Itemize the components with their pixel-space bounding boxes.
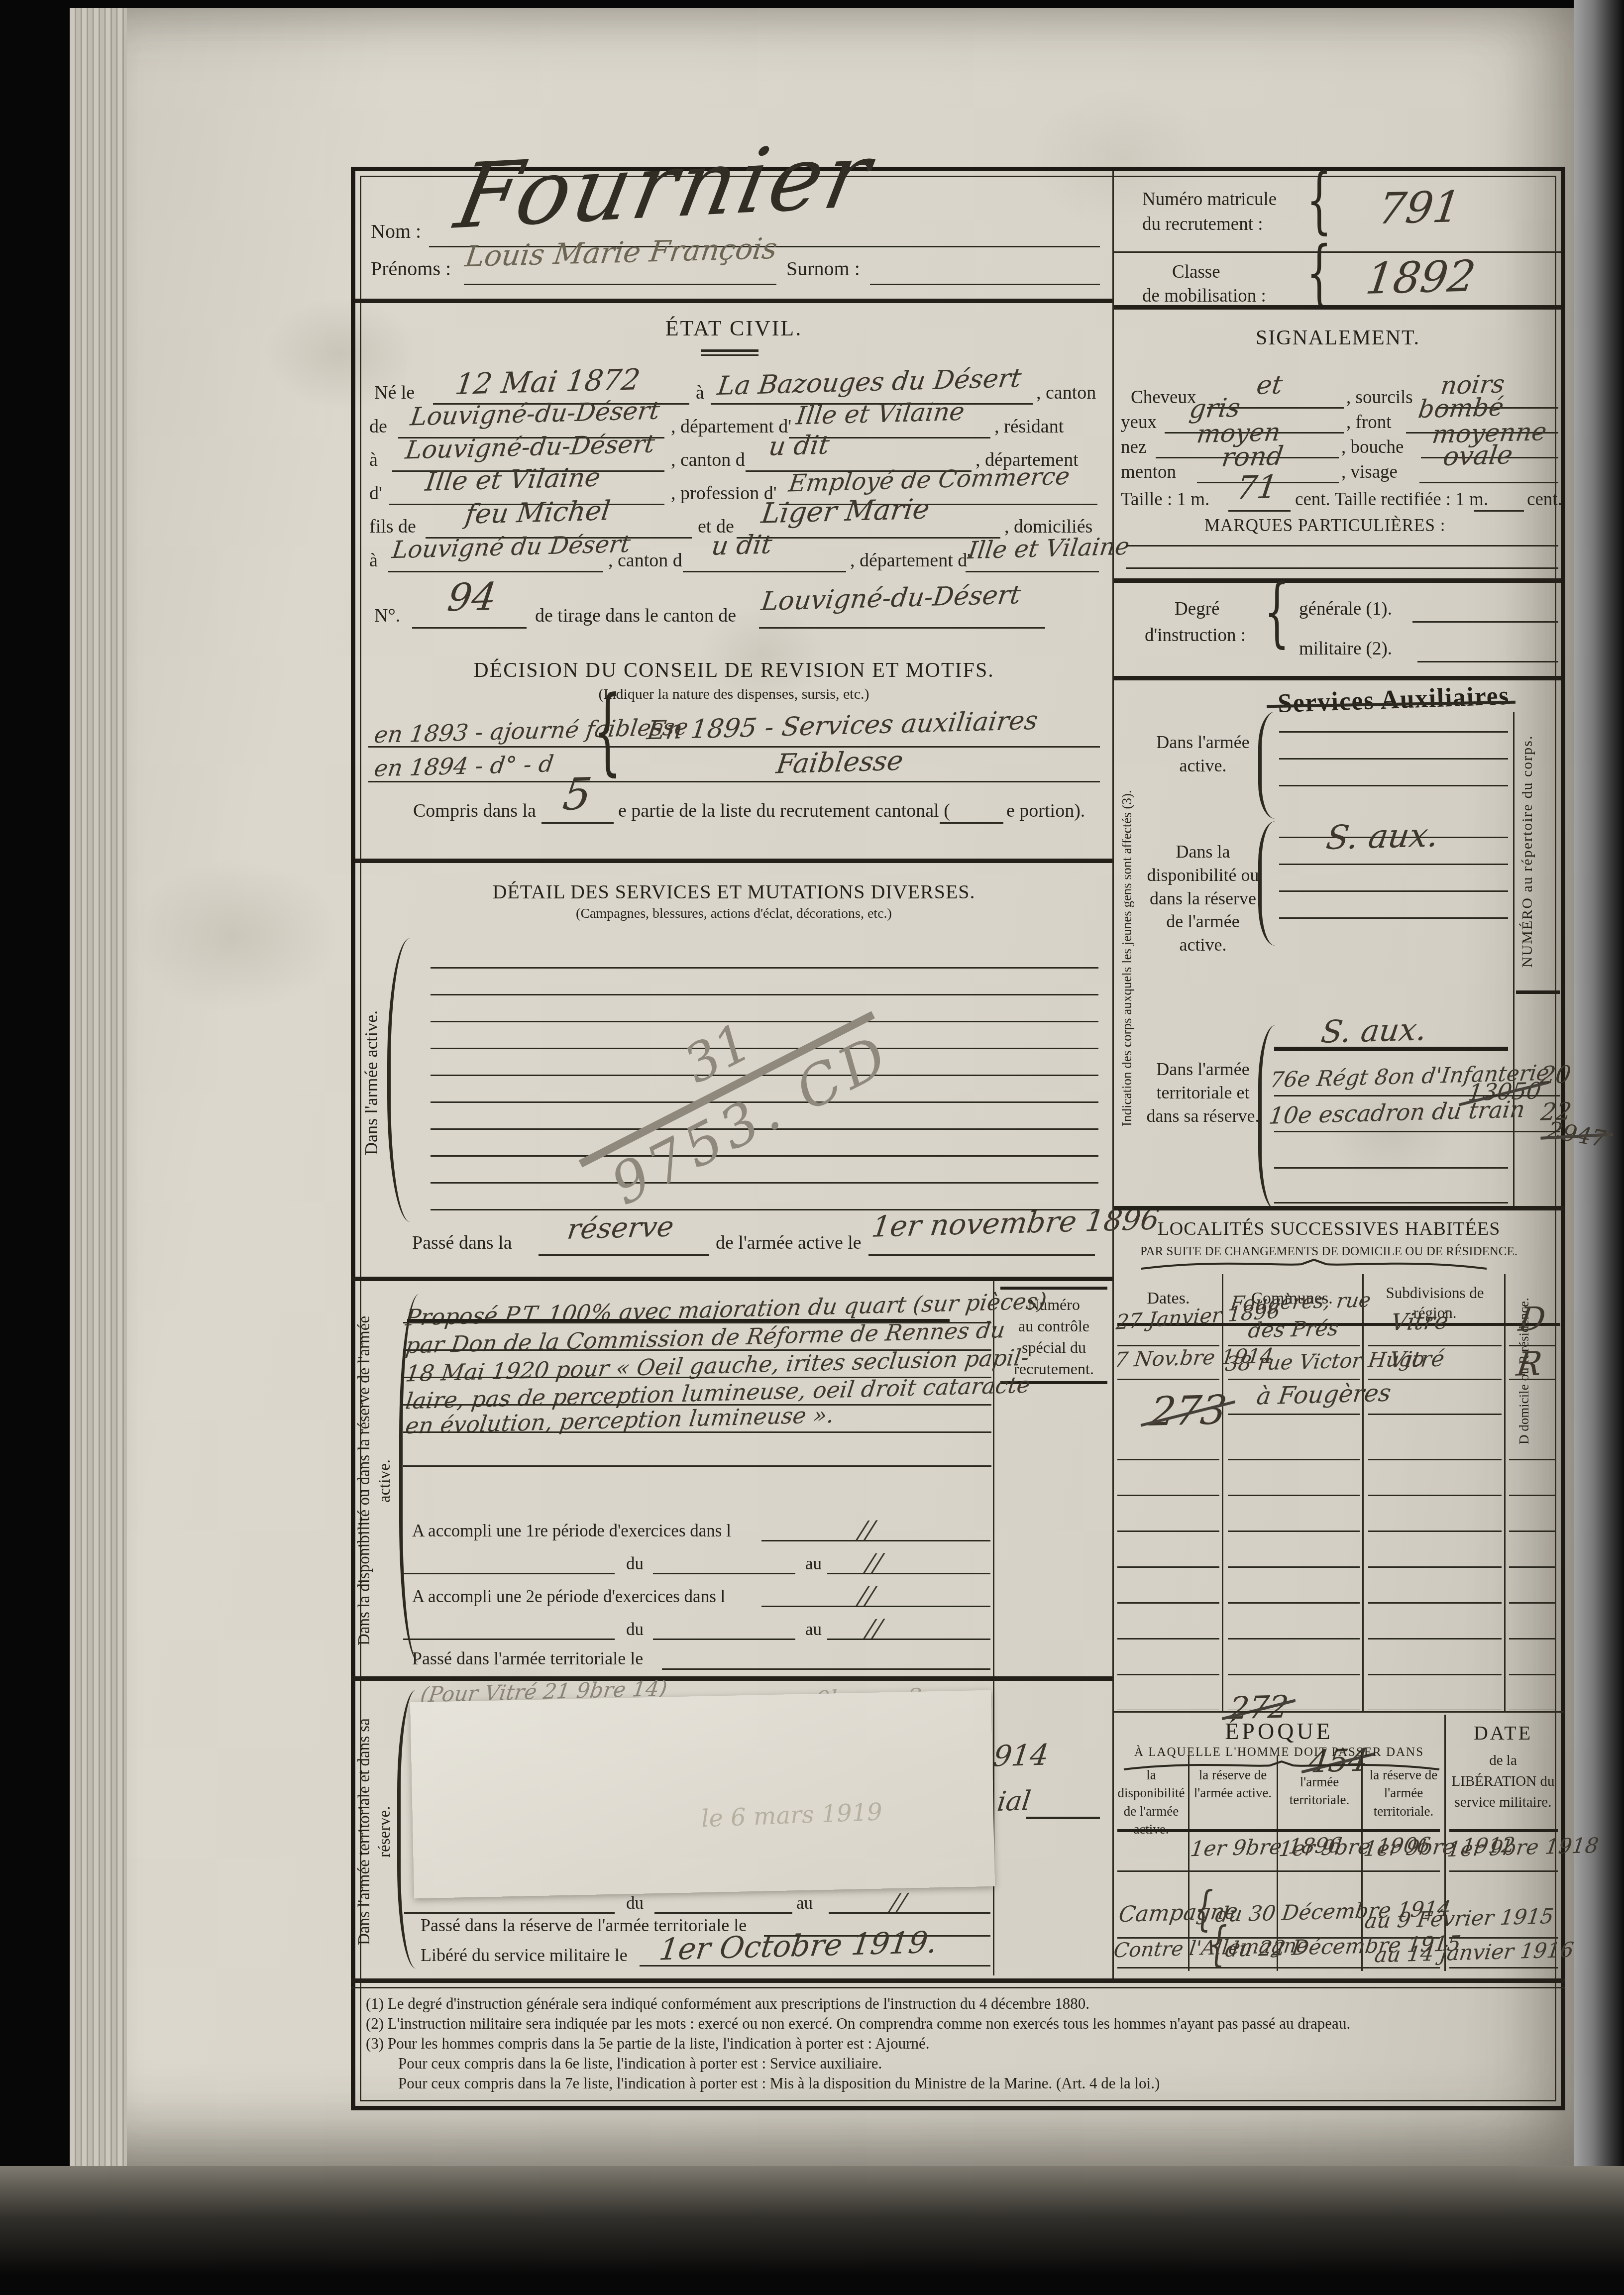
corps-s3-x2: 20 (1539, 1063, 1572, 1088)
rule-thick (1114, 305, 1561, 310)
rule-thick (351, 1676, 1112, 1681)
etat-l1-p1: Né le (374, 383, 415, 402)
rule (541, 822, 614, 824)
sig-taille-p1: Taille : 1 m. (1121, 490, 1209, 509)
nom-label: Nom : (371, 221, 421, 241)
rule (1474, 510, 1524, 512)
loc-empty-lines-dates (1117, 1424, 1219, 1710)
corps-s3-hand1: S. aux. (1319, 1014, 1428, 1048)
etat-l6-p2: , canton d (608, 551, 682, 570)
terr-ditto: // (889, 1890, 908, 1914)
rule (1274, 1131, 1560, 1132)
marques-title: MARQUES PARTICULIÈRES : (1204, 517, 1445, 534)
rule (412, 627, 527, 629)
etat-l6-p3: , département d' (850, 551, 971, 570)
epoque-v5: 1er 9bre 1918 (1446, 1836, 1557, 1860)
rule (388, 571, 603, 572)
loc-empty-lines-dr (1509, 1424, 1555, 1710)
libere-label: Libéré du service militaire le (421, 1946, 628, 1964)
epoque-v2: 1er 9bre 1896 (1189, 1837, 1277, 1860)
corps-s3-hand3: 10e escadron du train (1268, 1097, 1526, 1127)
compris-p1: Compris dans la (413, 801, 536, 820)
rule (351, 1987, 1565, 1988)
rule (653, 1573, 795, 1574)
repertoire-label: NUMÉRO au répertoire du corps. (1518, 719, 1559, 983)
periode1-du: du (626, 1555, 644, 1572)
rule (1117, 1967, 1440, 1968)
classe-brace: { (1306, 237, 1332, 309)
rule (1274, 1167, 1508, 1169)
periode1-ditto: // (857, 1518, 876, 1542)
compris-p3: e portion). (1006, 801, 1085, 820)
periode2-label: A accompli une 2e période d'exercices da… (412, 1588, 725, 1605)
decision-brace: { (593, 685, 622, 779)
sig-r2-h2: bombé (1417, 395, 1506, 422)
decision-title: DÉCISION DU CONSEIL DE REVISION ET MOTIF… (355, 660, 1112, 681)
pasted-paper-slip: le 6 mars 1919 (410, 1690, 995, 1898)
matricule-label: Numéro matricule (1142, 190, 1277, 209)
tirage-label: N°. (374, 606, 400, 625)
terr-frag-ial: ial (995, 1787, 1032, 1815)
terr-num-914: 914 (991, 1740, 1050, 1770)
rule (403, 1573, 615, 1574)
periode2-ditto2: // (865, 1616, 884, 1640)
localites-title: LOCALITÉS SUCCESSIVES HABITÉES (1117, 1219, 1540, 1238)
rule (870, 284, 1100, 285)
etat-l1-p3: , canton (1036, 383, 1096, 402)
corps-s2-label: Dans la disponibilité ou dans la réserve… (1141, 840, 1265, 957)
sig-taille-p3: cent. (1527, 490, 1562, 509)
rule (640, 1965, 990, 1967)
etat-l5-p3: , domiciliés (1004, 517, 1092, 536)
footnote-4: Pour ceux compris dans la 6e liste, l'in… (398, 2056, 882, 2071)
rule (737, 537, 1000, 539)
detail-title: DÉTAIL DES SERVICES ET MUTATIONS DIVERSE… (355, 882, 1112, 902)
etat-l2-p3: , résidant (994, 417, 1064, 436)
localites-subtitle: PAR SUITE DE CHANGEMENTS DE DOMICILE OU … (1117, 1245, 1540, 1258)
etat-l1-h2: La Bazouges du Désert (716, 365, 1023, 399)
rule (1228, 510, 1291, 512)
epoque-col2: la réserve de l'armée active. (1192, 1766, 1273, 1802)
rule (827, 1639, 990, 1640)
epoque-date-title: DATE (1449, 1723, 1557, 1743)
loc-r2-sub: Vitré (1388, 1348, 1446, 1371)
divider-main (1112, 171, 1114, 1980)
rule (1412, 621, 1558, 623)
footnote-3: (3) Pour les hommes compris dans la 5e p… (366, 2036, 930, 2051)
rule (1126, 567, 1558, 569)
periode2-au: au (805, 1621, 822, 1638)
loc-r2-dr: R (1515, 1347, 1544, 1381)
rule (1117, 1870, 1440, 1872)
sig-r4-h1: rond (1220, 443, 1285, 470)
rule-thick (1117, 1829, 1440, 1832)
etat-l1-p2: à (696, 383, 704, 402)
footnote-1: (1) Le degré d'instruction générale sera… (366, 1996, 1089, 2011)
sig-r4-h2: ovale (1442, 442, 1515, 470)
rule (759, 627, 1045, 629)
contre-au: au 14 janvier 1916 (1373, 1940, 1575, 1966)
name-script: Fournier (449, 130, 880, 242)
degre-militaire: militaire (2). (1299, 640, 1392, 658)
matricule-brace: { (1306, 164, 1332, 236)
etat-l3-p1: à (369, 450, 378, 469)
loc-r1-sub: Vitré (1390, 1309, 1450, 1333)
strike-thick (1274, 1047, 1508, 1051)
controle-value: 273 (1148, 1390, 1229, 1432)
sig-r1-p1: Cheveux (1131, 388, 1196, 407)
rule (653, 1639, 795, 1640)
page-edge-stack (70, 8, 127, 2166)
corps-s1-label: Dans l'armée active. (1141, 731, 1265, 777)
etat-l5-h1: feu Michel (463, 497, 612, 528)
terr-side-label: Dans l'armée territoriale et dans sa rés… (354, 1692, 396, 1971)
etat-l5-p1: fils de (369, 517, 416, 536)
epoque-v4: 1er 9bre 1912 (1362, 1837, 1443, 1859)
etat-l6-h2: u dit (710, 532, 774, 559)
sig-taille-h1: 71 (1235, 471, 1280, 504)
rule-thick (351, 1277, 1112, 1281)
decision-hand-right2: Faiblesse (774, 748, 905, 778)
sig-r4-p1: menton (1121, 463, 1176, 481)
degre-label1: Degré (1175, 600, 1219, 618)
periode2-ditto: // (857, 1583, 876, 1608)
epoque-date-sub: de la LIBÉRATION du service militaire. (1449, 1750, 1557, 1813)
etat-civil-title: ÉTAT CIVIL. (355, 318, 1112, 339)
etat-l3-h2: u dit (767, 432, 831, 459)
sig-r1-p2: , sourcils (1346, 388, 1413, 407)
degre-brace: { (1264, 574, 1290, 650)
divider-repertoire (1513, 712, 1515, 1207)
rule (701, 354, 758, 356)
sig-r2-h1: gris (1188, 395, 1242, 423)
detail-side-label: Dans l'armée active. (360, 963, 384, 1202)
rule (1114, 251, 1561, 253)
prenoms-label: Prénoms : (371, 259, 451, 279)
compris-h1: 5 (560, 772, 594, 817)
corps-s2-brace-icon (1258, 821, 1275, 946)
decision-hand-left2: en 1894 - d° - d (373, 752, 555, 780)
sig-r4-p2: , visage (1341, 463, 1398, 481)
etat-l3-p2: , canton d (671, 450, 745, 469)
epoque-v3: 1er 9bre 1906 (1278, 1837, 1361, 1859)
tirage-label2: de tirage dans le canton de (535, 606, 736, 625)
corps-side-label: Indication des corps auxquels les jeunes… (1119, 712, 1142, 1204)
rule-thick (351, 1978, 1565, 1983)
loc-r1-com1: Fougères, rue (1229, 1290, 1372, 1314)
matricule-label2: du recrutement : (1142, 215, 1263, 233)
classe-label2: de mobilisation : (1142, 287, 1266, 305)
col-line (1222, 1274, 1223, 1711)
rule (761, 1540, 990, 1541)
loc-empty-lines-subdiv (1368, 1424, 1502, 1710)
rule (827, 1573, 990, 1574)
epoque-col3: l'armée territoriale. (1281, 1773, 1358, 1809)
epoque-col4: la réserve de l'armée territoriale. (1366, 1766, 1441, 1820)
footnote-2: (2) L'instruction militaire sera indiqué… (366, 2016, 1350, 2031)
rule (966, 571, 1099, 572)
passe-territoriale-label: Passé dans l'armée territoriale le (412, 1649, 643, 1667)
etat-l6-h3: Ille et Vilaine (967, 535, 1131, 563)
libere-value: 1er Octobre 1919. (657, 1928, 939, 1965)
dispo-side-label: Dans la disponibilité ou dans la réserve… (354, 1302, 398, 1660)
compris-p2: e partie de la liste du recrutement cant… (618, 801, 950, 820)
rule (539, 1254, 709, 1256)
sig-r3-p1: nez (1121, 438, 1146, 456)
rule (683, 571, 846, 572)
rule (403, 1465, 991, 1467)
corps-s3-label: Dans l'armée territoriale et dans sa rés… (1141, 1058, 1265, 1127)
rule (1449, 1967, 1558, 1968)
etat-l4-h2: Employé de Commerce (787, 464, 1071, 496)
corps-s1-lines (1279, 706, 1508, 808)
passe-reserve-p2: de l'armée active le (716, 1233, 862, 1252)
rule (1509, 1379, 1555, 1380)
rule (1228, 1414, 1360, 1415)
rule (403, 1431, 991, 1433)
rule (1117, 1379, 1219, 1380)
controle-h2: au contrôle (995, 1318, 1112, 1334)
rule (662, 1668, 990, 1670)
rule (403, 1639, 615, 1640)
passe-reserve-h1: réserve (565, 1213, 675, 1244)
etat-l4-p1: d' (369, 484, 382, 503)
sig-r1-h1: et (1255, 372, 1285, 399)
corps-s3-x3: 22 (1539, 1099, 1573, 1124)
corps-s1-brace-icon (1258, 712, 1275, 819)
corps-s2-hand: S. aux. (1324, 819, 1441, 855)
tirage-canton: Louvigné-du-Désert (760, 582, 1022, 615)
etat-l4-p2: , profession d' (671, 484, 777, 503)
rule (1419, 482, 1558, 483)
etat-l5-h2: Liger Marie (759, 495, 931, 528)
col-line (1504, 1274, 1506, 1711)
etat-l2-h2: Ille et Vilaine (795, 399, 966, 428)
col-line (1362, 1274, 1364, 1711)
etat-l4-h1: Ille et Vilaine (424, 464, 602, 495)
rule (1026, 1817, 1100, 1819)
campagne-au: au 9 Février 1915 (1363, 1906, 1555, 1932)
classe-label: Classe (1172, 263, 1220, 281)
rule-thick (1516, 990, 1560, 994)
sig-r3-p2: , bouche (1341, 438, 1404, 456)
epoque-subtitle: À LAQUELLE L'HOMME DOIT PASSER DANS (1117, 1746, 1441, 1758)
rule-thick (355, 859, 1112, 863)
rule-thick (1114, 676, 1561, 680)
etat-l2-p1: de (369, 417, 387, 436)
rule (464, 284, 776, 285)
rule (404, 1912, 615, 1914)
classe-value: 1892 (1363, 255, 1478, 301)
rule (829, 1912, 990, 1914)
prenoms-value: Louis Marie François (463, 234, 779, 271)
etat-l3-h1: Louvigné-du-Désert (404, 431, 656, 462)
rule (1114, 1711, 1564, 1713)
periode1-label: A accompli une 1re période d'exercices d… (412, 1522, 731, 1539)
rule-thick (1449, 1829, 1558, 1832)
rule-thick (355, 299, 1112, 303)
periode2-du: du (626, 1621, 644, 1638)
slip-faint-text: le 6 mars 1919 (701, 1798, 883, 1833)
localites-brace-icon (1140, 1258, 1488, 1270)
passe-reserve-p1: Passé dans la (412, 1233, 512, 1252)
loc-empty-lines-communes (1228, 1424, 1360, 1710)
rule-thick (1114, 1206, 1564, 1210)
surnom-label: Surnom : (786, 259, 860, 279)
rule (940, 822, 1003, 824)
degre-generale: générale (1). (1299, 600, 1392, 618)
detail-subtitle: (Campagnes, blessures, actions d'éclat, … (355, 907, 1112, 921)
loc-r1-com2: des Prés (1247, 1318, 1340, 1341)
rule (368, 746, 1100, 748)
rule (1368, 1414, 1502, 1415)
bottom-page-shadow (0, 2166, 1624, 2295)
terr-du: du (626, 1894, 644, 1912)
etat-l2-h1: Louvigné-du-Désert (409, 398, 661, 429)
signalement-title: SIGNALEMENT. (1114, 328, 1562, 348)
loc-r2-com2: à Fougères (1255, 1381, 1393, 1408)
rule-thick (1114, 578, 1561, 583)
loc-r1-dr: D (1517, 1303, 1548, 1336)
rule (368, 781, 1100, 782)
sig-taille-p2: cent. Taille rectifiée : 1 m. (1295, 490, 1488, 509)
epoque-col1: la disponibilité de l'armée active. (1117, 1766, 1185, 1839)
epoque-title: ÉPOQUE (1117, 1720, 1441, 1743)
decision-subtitle: (Indiquer la nature des dispenses, sursi… (355, 687, 1112, 702)
rule (654, 1912, 792, 1914)
terr-au: au (796, 1894, 813, 1912)
tirage-num: 94 (445, 578, 499, 617)
periode1-au: au (805, 1555, 822, 1572)
rule (701, 349, 758, 352)
etat-l1-h1: 12 Mai 1872 (453, 365, 642, 399)
rule (868, 1254, 1095, 1256)
footnote-5: Pour ceux compris dans la 7e liste, l'in… (398, 2076, 1160, 2091)
matricule-value: 791 (1376, 186, 1463, 231)
etat-l6-h1: Louvigné du Désert (391, 532, 632, 562)
sig-r2-p1: yeux (1121, 413, 1157, 432)
etat-l6-p1: à (369, 551, 378, 570)
rule (1274, 1202, 1508, 1203)
rule (1449, 1870, 1558, 1872)
rule (1417, 661, 1558, 662)
degre-label2: d'instruction : (1145, 626, 1246, 645)
periode1-ditto2: // (865, 1550, 884, 1575)
rule (761, 1606, 990, 1607)
sig-r2-p2: , front (1346, 413, 1391, 432)
rule (1126, 545, 1558, 546)
